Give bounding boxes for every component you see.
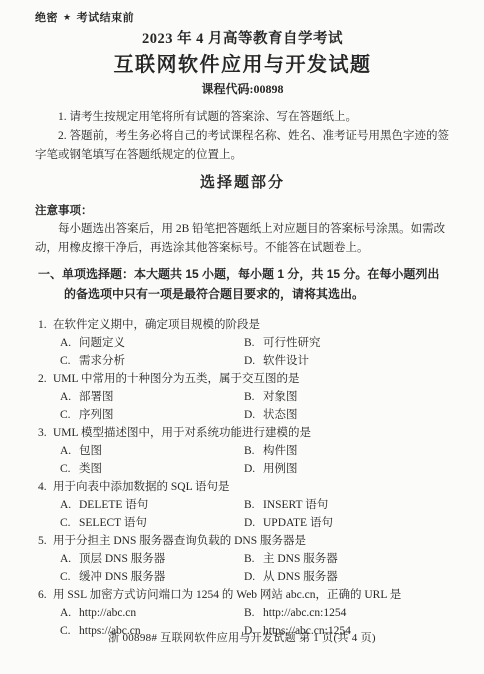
question-number: 3. xyxy=(38,424,53,442)
exam-end-label: 考试结束前 xyxy=(77,12,135,24)
question-options: A.包图B.构件图C.类图D.用例图 xyxy=(35,442,450,478)
option-label: C. xyxy=(60,352,79,370)
option-d: D.从 DNS 服务器 xyxy=(244,568,450,586)
option-text: DELETE 语句 xyxy=(79,499,148,511)
general-instructions: 1. 请考生按规定用笔将所有试题的答案涂、写在答题纸上。 2. 答题前，考生务必… xyxy=(35,108,450,165)
option-label: B. xyxy=(244,604,263,622)
option-a: A.DELETE 语句 xyxy=(60,496,244,514)
option-text: 用例图 xyxy=(263,463,298,475)
option-label: D. xyxy=(244,460,263,478)
star-icon: ★ xyxy=(63,12,72,22)
option-label: C. xyxy=(60,568,79,586)
option-c: C.需求分析 xyxy=(60,352,244,370)
option-text: UPDATE 语句 xyxy=(263,517,333,529)
option-c: C.类图 xyxy=(60,460,244,478)
option-a: A.顶层 DNS 服务器 xyxy=(60,550,244,568)
question-block: 1.在软件定义期中，确定项目规模的阶段是 A.问题定义B.可行性研究C.需求分析… xyxy=(35,316,450,370)
option-b: B.INSERT 语句 xyxy=(244,496,450,514)
question-options: A.部署图B.对象图C.序列图D.状态图 xyxy=(35,388,450,424)
option-label: B. xyxy=(244,388,263,406)
question-stem: UML 中常用的十种图分为五类，属于交互图的是 xyxy=(53,373,300,385)
option-label: A. xyxy=(60,388,79,406)
option-label: A. xyxy=(60,442,79,460)
question-block: 3.UML 模型描述图中，用于对系统功能进行建模的是 A.包图B.构件图C.类图… xyxy=(35,424,450,478)
instruction-item-2: 2. 答题前，考生务必将自己的考试课程名称、姓名、准考证号用黑色字迹的签字笔或钢… xyxy=(35,127,450,165)
option-d: D.用例图 xyxy=(244,460,450,478)
option-text: 软件设计 xyxy=(263,355,309,367)
option-label: D. xyxy=(244,568,263,586)
option-label: B. xyxy=(244,550,263,568)
option-text: INSERT 语句 xyxy=(263,499,328,511)
option-text: 顶层 DNS 服务器 xyxy=(79,553,165,565)
option-label: C. xyxy=(60,514,79,532)
option-d: D.状态图 xyxy=(244,406,450,424)
option-label: B. xyxy=(244,334,263,352)
option-b: B.可行性研究 xyxy=(244,334,450,352)
option-text: 主 DNS 服务器 xyxy=(263,553,338,565)
option-c: C.序列图 xyxy=(60,406,244,424)
option-label: D. xyxy=(244,352,263,370)
option-text: 从 DNS 服务器 xyxy=(263,571,338,583)
option-a: A.问题定义 xyxy=(60,334,244,352)
question-number: 5. xyxy=(38,532,53,550)
question-stem: 用于分担主 DNS 服务器查询负载的 DNS 服务器是 xyxy=(53,535,306,547)
option-text: 包图 xyxy=(79,445,102,457)
option-text: 类图 xyxy=(79,463,102,475)
option-d: D.软件设计 xyxy=(244,352,450,370)
instruction-item-1: 1. 请考生按规定用笔将所有试题的答案涂、写在答题纸上。 xyxy=(35,108,450,127)
option-text: 需求分析 xyxy=(79,355,125,367)
option-text: 问题定义 xyxy=(79,337,125,349)
option-text: 部署图 xyxy=(79,391,114,403)
question-stem: 用 SSL 加密方式访问端口为 1254 的 Web 网站 abc.cn，正确的… xyxy=(53,589,401,601)
part-one-heading: 一、单项选择题：本大题共 15 小题，每小题 1 分，共 15 分。在每小题列出… xyxy=(35,264,450,304)
option-a: A.包图 xyxy=(60,442,244,460)
option-text: SELECT 语句 xyxy=(79,517,147,529)
option-label: D. xyxy=(244,514,263,532)
option-text: 状态图 xyxy=(263,409,298,421)
option-b: B.http://abc.cn:1254 xyxy=(244,604,450,622)
question-number: 6. xyxy=(38,586,53,604)
question-number: 1. xyxy=(38,316,53,334)
question-number: 2. xyxy=(38,370,53,388)
option-b: B.主 DNS 服务器 xyxy=(244,550,450,568)
option-b: B.构件图 xyxy=(244,442,450,460)
question-block: 5.用于分担主 DNS 服务器查询负载的 DNS 服务器是 A.顶层 DNS 服… xyxy=(35,532,450,586)
option-c: C.缓冲 DNS 服务器 xyxy=(60,568,244,586)
notice-body: 每小题选出答案后，用 2B 铅笔把答题纸上对应题目的答案标号涂黑。如需改动，用橡… xyxy=(35,220,450,257)
question-stem: 用于向表中添加数据的 SQL 语句是 xyxy=(53,481,230,493)
option-label: C. xyxy=(60,460,79,478)
option-text: http://abc.cn xyxy=(79,607,136,619)
classification-banner: 绝密★考试结束前 xyxy=(35,9,450,25)
option-label: A. xyxy=(60,604,79,622)
option-label: B. xyxy=(244,442,263,460)
question-options: A.DELETE 语句B.INSERT 语句C.SELECT 语句D.UPDAT… xyxy=(35,496,450,532)
option-d: D.UPDATE 语句 xyxy=(244,514,450,532)
option-text: 对象图 xyxy=(263,391,298,403)
section-heading: 选择题部分 xyxy=(35,173,450,193)
option-label: D. xyxy=(244,406,263,424)
option-text: 可行性研究 xyxy=(263,337,321,349)
secrecy-level-label: 绝密 xyxy=(35,12,58,24)
option-text: 缓冲 DNS 服务器 xyxy=(79,571,165,583)
option-label: B. xyxy=(244,496,263,514)
question-stem: UML 模型描述图中，用于对系统功能进行建模的是 xyxy=(53,427,311,439)
question-list: 1.在软件定义期中，确定项目规模的阶段是 A.问题定义B.可行性研究C.需求分析… xyxy=(35,316,450,640)
option-text: 序列图 xyxy=(79,409,114,421)
option-label: C. xyxy=(60,406,79,424)
question-block: 2.UML 中常用的十种图分为五类，属于交互图的是 A.部署图B.对象图C.序列… xyxy=(35,370,450,424)
question-number: 4. xyxy=(38,478,53,496)
option-label: A. xyxy=(60,496,79,514)
page-footer: 浙 00898# 互联网软件应用与开发试题 第 1 页(共 4 页) xyxy=(0,629,484,645)
option-text: 构件图 xyxy=(263,445,298,457)
option-a: A.部署图 xyxy=(60,388,244,406)
option-label: A. xyxy=(60,334,79,352)
question-stem: 在软件定义期中，确定项目规模的阶段是 xyxy=(53,319,260,331)
option-text: http://abc.cn:1254 xyxy=(263,607,346,619)
option-label: A. xyxy=(60,550,79,568)
option-b: B.对象图 xyxy=(244,388,450,406)
question-block: 4.用于向表中添加数据的 SQL 语句是 A.DELETE 语句B.INSERT… xyxy=(35,478,450,532)
option-c: C.SELECT 语句 xyxy=(60,514,244,532)
exam-paper-page: 绝密★考试结束前 2023 年 4 月高等教育自学考试 互联网软件应用与开发试题… xyxy=(0,0,484,674)
exam-session-title: 2023 年 4 月高等教育自学考试 xyxy=(35,29,450,49)
course-code: 课程代码:00898 xyxy=(35,81,450,97)
question-options: A.顶层 DNS 服务器B.主 DNS 服务器C.缓冲 DNS 服务器D.从 D… xyxy=(35,550,450,586)
question-options: A.问题定义B.可行性研究C.需求分析D.软件设计 xyxy=(35,334,450,370)
notice-title: 注意事项： xyxy=(35,203,450,219)
page-title: 互联网软件应用与开发试题 xyxy=(35,52,450,78)
option-a: A.http://abc.cn xyxy=(60,604,244,622)
